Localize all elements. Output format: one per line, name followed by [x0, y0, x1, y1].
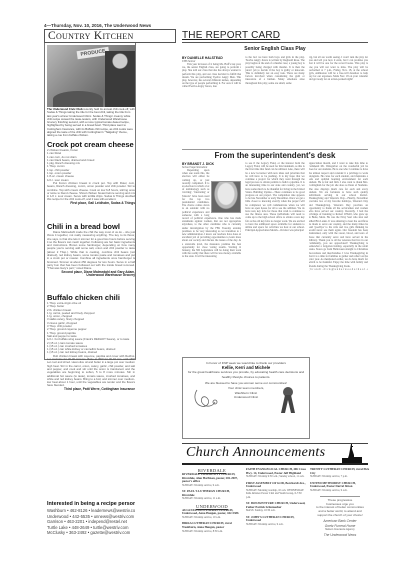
awareness-ribbon-icon	[279, 386, 297, 414]
play-article: BY DANIELLE HALSTEAD UHS Senior This yea…	[182, 56, 368, 146]
sponsor-name: The Underwood News	[310, 533, 370, 538]
church-steeple-icon	[342, 444, 362, 463]
recipe-directions: Rub chicken breast with cayenne, paprika…	[47, 355, 135, 388]
church-name: ST. JOHN'S LUTHERAN CHURCH, Underwood	[246, 516, 306, 523]
church-column-2: FAITH EVANGELICAL CHURCH, 406 Cross Hwy.…	[246, 468, 306, 526]
sponsor-list: American Bank Center Goetz Funeral Home …	[310, 519, 370, 537]
ingredient-list: 2 chicken breasts, frozen 1 can Rotel 1 …	[47, 149, 135, 182]
page-folio: 4—Thursday, Nov. 10, 2016, The Underwood…	[44, 23, 151, 28]
article-text: to see if the Legacy Fund, or the intere…	[245, 162, 304, 232]
church-name: BIRKA LUTHERAN CHURCH, rural Washburn, A…	[182, 522, 242, 529]
church-name: RIVERDALE COMMUNITY CHURCH, Riverdale, A…	[182, 473, 242, 484]
article-text: This year in honor of it being Ms. Hoff'…	[182, 63, 241, 89]
superintendent-heading: From the superintendent's desk	[182, 149, 368, 160]
church-service: SUNDAY: Worship service, 7 p.m.	[310, 475, 370, 478]
church-column-3: TRINITY LUTHERAN CHURCH, rural Pick City…	[310, 468, 370, 538]
ad-line-2: for the great healthcare services you pr…	[183, 370, 309, 379]
church-service: SUNDAY: Worship service, 9 a.m.	[182, 484, 242, 487]
crock-pot	[53, 91, 103, 107]
contact-title: Interested in being a recipe person?	[47, 501, 135, 508]
church-name: TRINITY LUTHERAN CHURCH, rural Pick City	[310, 468, 370, 475]
church-name: ST. BONAVENTURE CHURCH, Underwood, Fathe…	[246, 502, 306, 509]
contact-mcclusky[interactable]: McClusky • 363-2492 • gazette@westriv.co…	[47, 530, 135, 536]
chef-figure	[105, 51, 135, 107]
play-subtitle: Senior English Class Play	[182, 46, 368, 52]
article-text: big, but all are worth seeing. I won't r…	[309, 56, 368, 82]
recipe-directions: Diane Malmedahl made the chili the way m…	[47, 231, 135, 271]
church-announcements-heading: Church Announcements	[182, 443, 368, 465]
recipe-contact-box: Interested in being a recipe person? Was…	[47, 501, 135, 536]
church-service: SUNDAY: Morning worship, 10 a.m. WEDNESD…	[246, 489, 306, 499]
ad-signature: Your clinic team members, Washburn Clini…	[183, 386, 309, 416]
author-email[interactable]: [brandt.dick@underwoodschool.org]	[309, 268, 368, 271]
church-service: MASS: Sunday, 10:30 a.m.	[246, 509, 306, 512]
church-service: SUNDAY: Worship 9:30 a.m.; Sunday school…	[246, 475, 306, 478]
author-headshot	[211, 181, 241, 213]
church-name: FAITH EVANGELICAL CHURCH, 406 Cross Hwy.…	[246, 468, 306, 475]
article-column: to the fact we have both boys and girls …	[245, 56, 304, 146]
church-service: SUNDAY: Worship service, 8:30 a.m.	[182, 530, 242, 533]
recipe-place: Third place, Patti Werre, Cottingham Ins…	[47, 388, 135, 392]
church-name: FIRST ASSEMBLY OF GOD, Borchardt Ave., U…	[246, 482, 306, 489]
church-service: SUNDAY: Worship service, 9 a.m.	[310, 489, 370, 492]
photo-caption: The Underwood Civic Club recently held i…	[47, 108, 135, 138]
ingredient-list: 1 Tbsp. extra-virgin olive oil 2 Tbsp. b…	[47, 302, 135, 355]
church-column-1: RIVERDALE RIVERDALE COMMUNITY CHURCH, Ri…	[182, 468, 242, 533]
stethoscope-icon	[193, 388, 219, 412]
country-kitchen-heading: Country Kitchen	[44, 29, 176, 43]
article-column: BY BRANDT J. DICK School Superintendent …	[182, 162, 241, 357]
contact-garrison[interactable]: Garrison • 463-2201 • independ@restel.ne…	[47, 519, 135, 525]
church-title: Church Announcements	[186, 445, 325, 461]
superintendent-article: BY BRANDT J. DICK School Superintendent …	[182, 162, 368, 357]
recipe-place: Second place, Diane Malmedahl and Gary A…	[47, 271, 135, 279]
church-name: UNITED METHODIST CHURCH, Underwood, Past…	[310, 482, 370, 489]
recipe-place: First place, Gail Leidholm, Sodas & Thin…	[47, 202, 135, 206]
recipe-directions: Put frozen chicken breast in crock pot. …	[47, 182, 135, 202]
church-name: AUGUSTANA LUTHERAN CHURCH, Underwood, An…	[182, 509, 242, 516]
article-text: appreciation month, and I want to take t…	[309, 162, 368, 268]
sponsor-intro-line: support the church of your choice!	[310, 514, 370, 518]
church-name: ST. PAUL'S LUTHERAN CHURCH, Riverdale	[182, 490, 242, 497]
contact-washburn[interactable]: Washburn • 462-8126 • leadernews@westriv…	[47, 508, 135, 514]
church-service: SUNDAY: Worship service, 10 a.m.	[182, 516, 242, 519]
article-column: to see if the Legacy Fund, or the intere…	[245, 162, 304, 357]
chili-cookoff-photo: PRODUCE	[47, 45, 135, 107]
article-column: BY DANIELLE HALSTEAD UHS Senior This yea…	[182, 56, 241, 146]
recipe-1: Crock pot cream cheese chicken chili 2 c…	[47, 140, 135, 206]
article-column: appreciation month, and I want to take t…	[309, 162, 368, 440]
church-service: SUNDAY: Worship service, 9 a.m.	[246, 523, 306, 526]
article-text: to the fact we have both boys and girls …	[245, 56, 304, 85]
caption-text: recently held its annual chili cook-off,…	[47, 107, 135, 137]
divider	[320, 496, 360, 497]
recipe-2: Chili in a bread bowl Diane Malmedahl ma…	[47, 222, 135, 278]
contact-list: Washburn • 462-8126 • leadernews@westriv…	[47, 508, 135, 536]
recipe-3: Buffalo chicken chili 1 Tbsp. extra-virg…	[47, 293, 135, 392]
report-card-heading: The Report Card	[182, 29, 368, 43]
fnp-week-ad: In honor of FNP week we would like to th…	[182, 357, 310, 439]
article-column: big, but all are worth seeing. I won't r…	[309, 56, 368, 146]
church-service: SUNDAY: Worship service, 11 a.m.	[182, 497, 242, 500]
sponsor-intro: These progressive businesses urge you to…	[310, 499, 370, 517]
